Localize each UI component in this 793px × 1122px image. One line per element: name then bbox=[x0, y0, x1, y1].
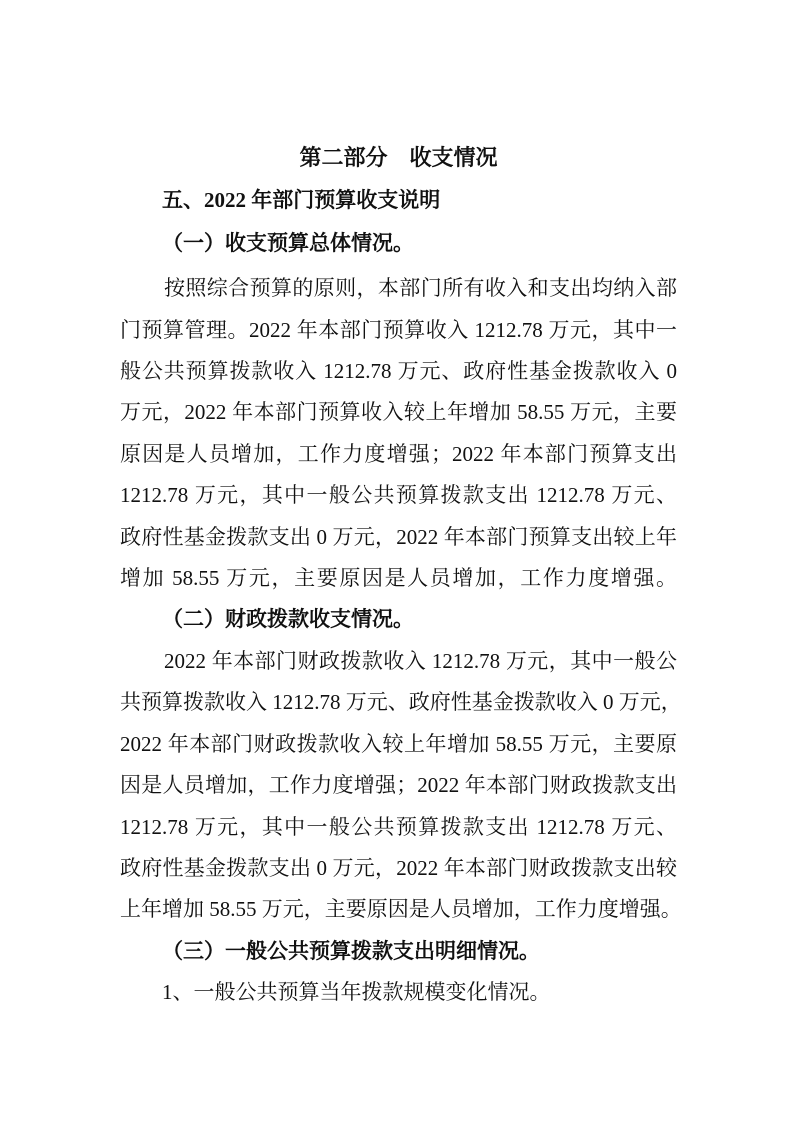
text-line: 因是人员增加，工作力度增强；2022 年本部门财政拨款支出 bbox=[120, 765, 677, 806]
subsection-heading-2: （二）财政拨款收支情况。 bbox=[120, 599, 677, 640]
subsection-heading-3: （三）一般公共预算拨款支出明细情况。 bbox=[120, 931, 677, 972]
text-line: 万元，2022 年本部门预算收入较上年增加 58.55 万元，主要 bbox=[120, 392, 677, 433]
text-line: 1212.78 万元，其中一般公共预算拨款支出 1212.78 万元、 bbox=[120, 475, 677, 516]
text-line: 般公共预算拨款收入 1212.78 万元、政府性基金拨款收入 0 bbox=[120, 351, 677, 392]
text-line: 门预算管理。2022 年本部门预算收入 1212.78 万元，其中一 bbox=[120, 310, 677, 351]
text-line: 增加 58.55 万元，主要原因是人员增加，工作力度增强。 bbox=[120, 558, 677, 599]
text-line: 2022 年本部门财政拨款收入较上年增加 58.55 万元，主要原 bbox=[120, 724, 677, 765]
text-line: 政府性基金拨款支出 0 万元，2022 年本部门财政拨款支出较 bbox=[120, 848, 677, 889]
subsection-heading-1: （一）收支预算总体情况。 bbox=[120, 223, 677, 264]
text-line: 2022 年本部门财政拨款收入 1212.78 万元，其中一般公 bbox=[120, 641, 677, 682]
document-page: 第二部分 收支情况 五、2022 年部门预算收支说明 （一）收支预算总体情况。 … bbox=[0, 0, 793, 1122]
section-title: 第二部分 收支情况 bbox=[120, 137, 677, 178]
page-content: 第二部分 收支情况 五、2022 年部门预算收支说明 （一）收支预算总体情况。 … bbox=[120, 137, 677, 1014]
paragraph-budget-overview: 按照综合预算的原则，本部门所有收入和支出均纳入部 门预算管理。2022 年本部门… bbox=[120, 268, 677, 599]
text-line: 共预算拨款收入 1212.78 万元、政府性基金拨款收入 0 万元， bbox=[120, 682, 677, 723]
text-line: 按照综合预算的原则，本部门所有收入和支出均纳入部 bbox=[120, 268, 677, 309]
paragraph-fiscal-allocation: 2022 年本部门财政拨款收入 1212.78 万元，其中一般公 共预算拨款收入… bbox=[120, 641, 677, 931]
text-line: 政府性基金拨款支出 0 万元，2022 年本部门预算支出较上年 bbox=[120, 517, 677, 558]
text-line: 原因是人员增加，工作力度增强；2022 年本部门预算支出 bbox=[120, 434, 677, 475]
text-line: 1212.78 万元，其中一般公共预算拨款支出 1212.78 万元、 bbox=[120, 807, 677, 848]
text-line: 上年增加 58.55 万元，主要原因是人员增加，工作力度增强。 bbox=[120, 889, 677, 930]
chapter-heading: 五、2022 年部门预算收支说明 bbox=[120, 180, 677, 221]
numbered-item-1: 1、一般公共预算当年拨款规模变化情况。 bbox=[120, 972, 677, 1013]
